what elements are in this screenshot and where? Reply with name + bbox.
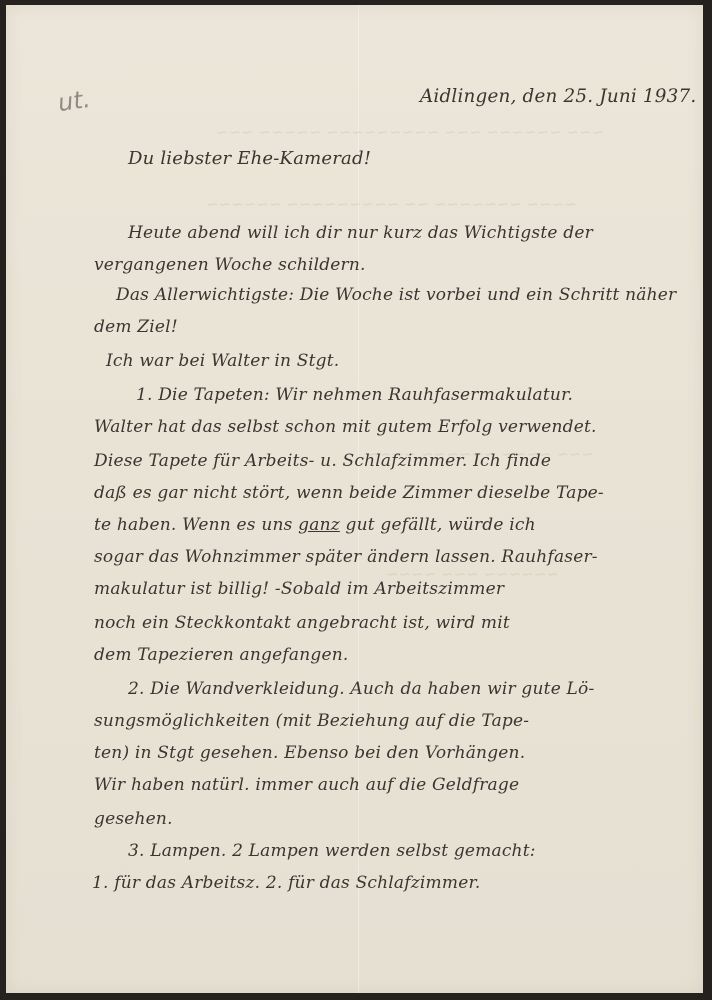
letter-line: ten) in Stgt gesehen. Ebenso bei den Vor… (94, 743, 525, 763)
letter-line: makulatur ist billig! -Sobald im Arbeits… (94, 579, 504, 599)
letter-line: Diese Tapete für Arbeits- u. Schlafzimme… (94, 451, 551, 471)
letter-line: sogar das Wohnzimmer später ändern lasse… (94, 547, 598, 567)
letter-line: sungsmöglichkeiten (mit Beziehung auf di… (94, 711, 529, 731)
letter-line-with-underline: te haben. Wenn es uns ganz gut gefällt, … (94, 515, 536, 535)
letter-line: gesehen. (94, 809, 173, 829)
letter-line: 1. Die Tapeten: Wir nehmen Rauhfasermaku… (136, 385, 573, 405)
letter-line: 2. Die Wandverkleidung. Auch da haben wi… (128, 679, 594, 699)
letter-line: Walter hat das selbst schon mit gutem Er… (94, 417, 597, 437)
letter-line: vergangenen Woche schildern. (94, 255, 366, 275)
place-date: Aidlingen, den 25. Juni 1937. (420, 85, 696, 107)
margin-pencil-mark: ut. (56, 85, 92, 117)
letter-line: Heute abend will ich dir nur kurz das Wi… (128, 223, 593, 243)
underlined-word: ganz (298, 515, 340, 535)
salutation: Du liebster Ehe-Kamerad! (128, 148, 371, 169)
letter-line: Das Allerwichtigste: Die Woche ist vorbe… (116, 285, 676, 305)
letter-line: Wir haben natürl. immer auch auf die Gel… (94, 775, 519, 795)
bleed-through-text: ~~~~ ~~~~~~~ ~~ ~~~~~~~~~ ~~~~~~ (206, 195, 577, 213)
letter-line: 1. für das Arbeitsz. 2. für das Schlafzi… (92, 873, 481, 893)
letter-line: noch ein Steckkontakt angebracht ist, wi… (94, 613, 510, 633)
letter-line: dem Tapezieren angefangen. (94, 645, 348, 665)
letter-line: daß es gar nicht stört, wenn beide Zimme… (94, 483, 604, 503)
bleed-through-text: ~~~ ~~~~~~ ~~~ ~~~~~~~~~ ~~~~~ ~~~ (216, 123, 604, 141)
letter-line: dem Ziel! (94, 317, 178, 337)
letter-line: Ich war bei Walter in Stgt. (106, 351, 339, 371)
letter-line: 3. Lampen. 2 Lampen werden selbst gemach… (128, 841, 536, 861)
letter-page: ~~~ ~~~~~~ ~~~ ~~~~~~~~~ ~~~~~ ~~~ ~~~~ … (6, 5, 703, 993)
